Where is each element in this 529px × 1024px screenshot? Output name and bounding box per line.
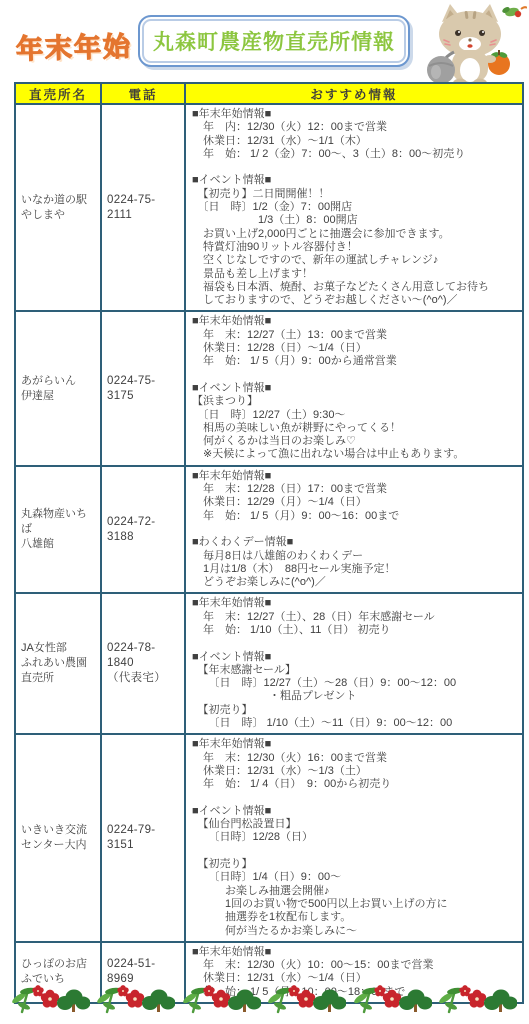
plum-blossom-icon (374, 985, 401, 1007)
plum-blossom-icon (459, 985, 486, 1007)
plum-blossom-icon (118, 985, 145, 1007)
store-phone: 0224-75- 2111 (101, 104, 185, 311)
store-phone: 0224-78- 1840 （代表宅） (101, 593, 185, 734)
col-header-phone: 電話 (101, 83, 185, 104)
veggie-icon (501, 6, 527, 18)
store-info: ■年末年始情報■ 年 末：12/27（土）13：00まで営業 休業日：12/28… (185, 311, 523, 465)
plum-blossom-icon (32, 985, 59, 1007)
table-row-hachiyukan: 丸森物産いちば 八雄館 0224-72- 3188 ■年末年始情報■ 年 末：1… (15, 466, 523, 594)
store-name: JA女性部 ふれあい農園 直売所 (15, 593, 101, 734)
pine-icon (484, 990, 517, 1013)
store-info: ■年末年始情報■ 年 内：12/30（火）12：00まで営業 休業日：12/31… (185, 104, 523, 311)
pine-icon (399, 990, 432, 1013)
pine-bamboo-plum-icon (439, 982, 517, 1016)
pine-bamboo-plum-icon (354, 982, 432, 1016)
store-name: 丸森物産いちば 八雄館 (15, 466, 101, 594)
plum-blossom-icon (203, 985, 230, 1007)
pine-icon (313, 990, 346, 1013)
table-row-yashimaya: いなか道の駅 やしまや 0224-75- 2111 ■年末年始情報■ 年 内：1… (15, 104, 523, 311)
store-name: いきいき交流 センター大内 (15, 734, 101, 941)
newyear-garland (12, 982, 517, 1016)
page-title: 丸森町農産物直売所情報 (138, 15, 410, 67)
store-phone: 0224-72- 3188 (101, 466, 185, 594)
pine-icon (228, 990, 261, 1013)
store-info: ■年末年始情報■ 年 末：12/28（日）17：00まで営業 休業日：12/29… (185, 466, 523, 594)
store-info-table: 直売所名 電話 おすすめ情報 いなか道の駅 やしまや 0224-75- 2111… (14, 82, 524, 1004)
pine-icon (57, 990, 90, 1013)
store-name: あがらいん 伊達屋 (15, 311, 101, 465)
store-phone: 0224-75- 3175 (101, 311, 185, 465)
cat-mascot-icon (412, 0, 527, 88)
plum-blossom-icon (288, 985, 315, 1007)
pine-icon (142, 990, 175, 1013)
store-name: いなか道の駅 やしまや (15, 104, 101, 311)
table-row-ja-fureai: JA女性部 ふれあい農園 直売所 0224-78- 1840 （代表宅） ■年末… (15, 593, 523, 734)
store-phone: 0224-79- 3151 (101, 734, 185, 941)
table-row-ouchi: いきいき交流 センター大内 0224-79- 3151 ■年末年始情報■ 年 末… (15, 734, 523, 941)
table-header-row: 直売所名 電話 おすすめ情報 (15, 83, 523, 104)
store-info: ■年末年始情報■ 年 末：12/27（土）、28（日）年末感謝セール 年 始： … (185, 593, 523, 734)
bag-icon (427, 52, 455, 84)
table-row-dateya: あがらいん 伊達屋 0224-75- 3175 ■年末年始情報■ 年 末：12/… (15, 311, 523, 465)
col-header-store-name: 直売所名 (15, 83, 101, 104)
year-end-badge: 年末年始 (16, 24, 133, 66)
page-title-text: 丸森町農産物直売所情報 (153, 26, 395, 56)
pine-bamboo-plum-icon (268, 982, 346, 1016)
col-header-info: おすすめ情報 (185, 83, 523, 104)
flyer-page: 年末年始 丸森町農産物直売所情報 (0, 0, 529, 1024)
persimmon-icon (484, 50, 510, 75)
store-info: ■年末年始情報■ 年 末：12/30（火）16：00まで営業 休業日：12/31… (185, 734, 523, 941)
pine-bamboo-plum-icon (97, 982, 175, 1016)
pine-bamboo-plum-icon (12, 982, 90, 1016)
pine-bamboo-plum-icon (183, 982, 261, 1016)
